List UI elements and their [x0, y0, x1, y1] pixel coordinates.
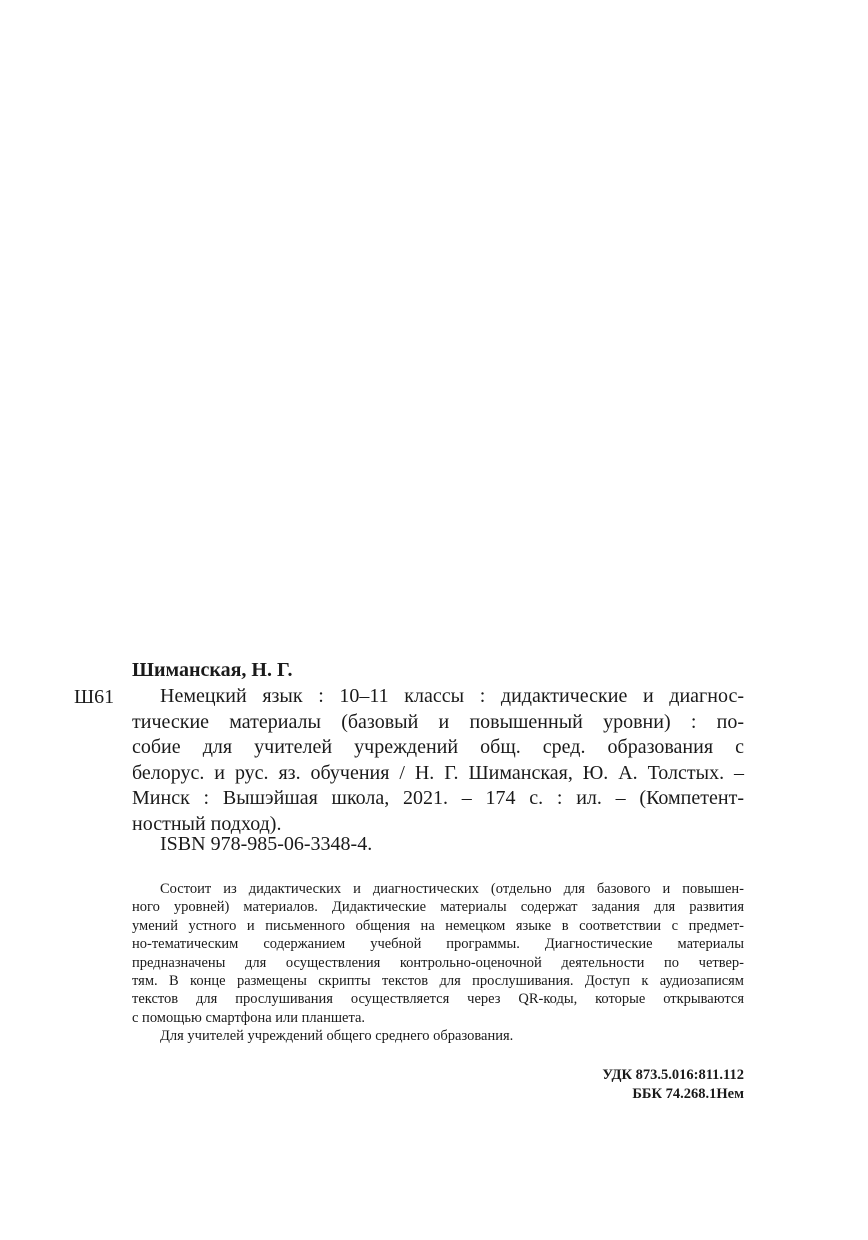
- annotation-line: но-тематическим содержанием учебной прог…: [132, 935, 744, 953]
- annotation-line: Состоит из дидактических и диагностическ…: [132, 880, 744, 898]
- call-number: Ш61: [74, 686, 114, 709]
- annotation: Состоит из дидактических и диагностическ…: [132, 880, 744, 1046]
- author-heading: Шиманская, Н. Г.: [132, 659, 292, 682]
- bibliographic-description: Немецкий язык : 10–11 классы : дидактиче…: [132, 684, 744, 837]
- annotation-line: текстов для прослушивания осуществляется…: [132, 990, 744, 1008]
- bibliographic-line: Минск : Вышэйшая школа, 2021. – 174 с. :…: [132, 786, 744, 812]
- audience-note: Для учителей учреждений общего среднего …: [132, 1027, 744, 1045]
- annotation-line: тям. В конце размещены скрипты текстов д…: [132, 972, 744, 990]
- bibliographic-line: Немецкий язык : 10–11 классы : дидактиче…: [132, 684, 744, 710]
- bibliographic-line: тические материалы (базовый и повышенный…: [132, 710, 744, 736]
- annotation-line: умений устного и письменного общения на …: [132, 917, 744, 935]
- bibliographic-line: собие для учителей учреждений общ. сред.…: [132, 735, 744, 761]
- annotation-line: ного уровней) материалов. Дидактические …: [132, 898, 744, 916]
- bibliographic-line: белорус. и рус. яз. обучения / Н. Г. Шим…: [132, 761, 744, 787]
- udk-code: УДК 873.5.016:811.112: [602, 1066, 744, 1085]
- annotation-line: предназначены для осуществления контроль…: [132, 954, 744, 972]
- classification-codes: УДК 873.5.016:811.112 ББК 74.268.1Нем: [602, 1066, 744, 1104]
- bbk-code: ББК 74.268.1Нем: [602, 1085, 744, 1104]
- isbn: ISBN 978-985-06-3348-4.: [160, 833, 372, 856]
- annotation-line: с помощью смартфона или планшета.: [132, 1009, 744, 1027]
